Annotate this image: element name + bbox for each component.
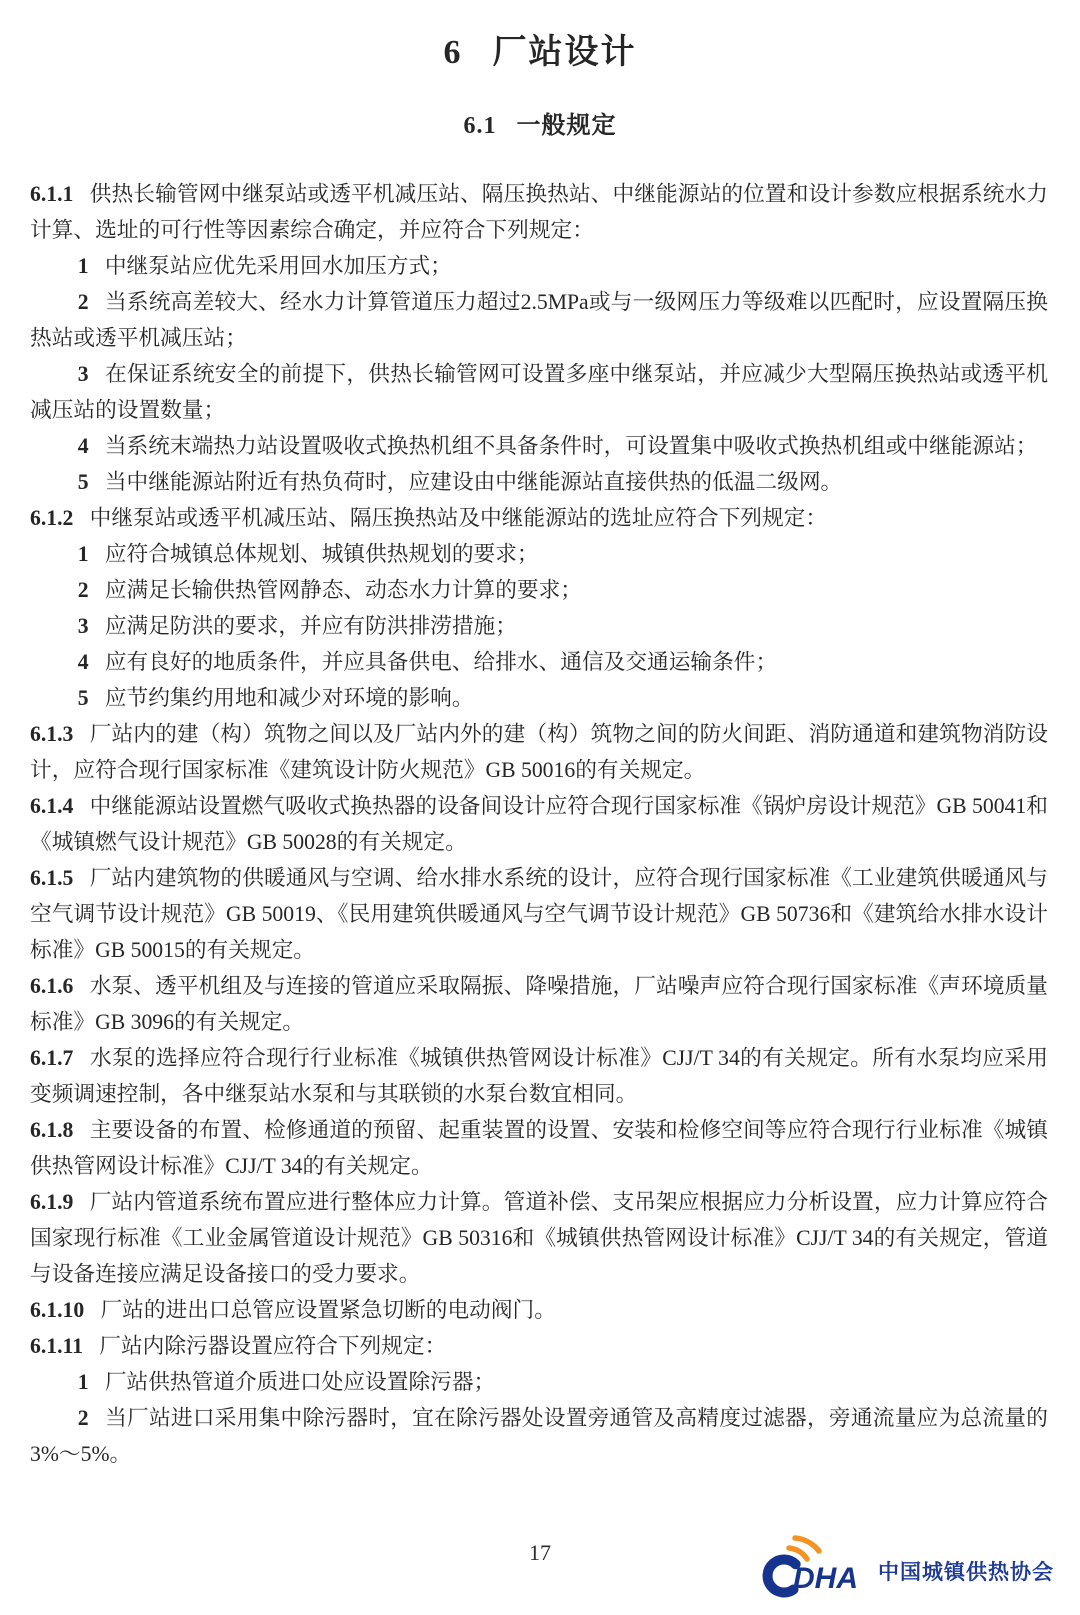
item-text: 当系统高差较大、经水力计算管道压力超过2.5MPa或与一级网压力等级难以匹配时，… [30, 290, 1048, 350]
document-body: 6.1.1供热长输管网中继泵站或透平机减压站、隔压换热站、中继能源站的位置和设计… [30, 176, 1048, 1472]
chapter-name: 厂站设计 [493, 34, 637, 71]
item-number: 5 [78, 470, 89, 494]
item-number: 3 [78, 614, 89, 638]
item-number: 1 [78, 1370, 89, 1394]
item-text: 应有良好的地质条件，并应具备供电、给排水、通信及交通运输条件； [105, 650, 777, 674]
clause-paragraph: 6.1.9厂站内管道系统布置应进行整体应力计算。管道补偿、支吊架应根据应力分析设… [30, 1184, 1048, 1292]
list-item-paragraph: 4应有良好的地质条件，并应具备供电、给排水、通信及交通运输条件； [30, 644, 1048, 680]
clause-text: 主要设备的布置、检修通道的预留、起重装置的设置、安装和检修空间等应符合现行行业标… [30, 1118, 1048, 1178]
clause-number: 6.1.10 [30, 1298, 84, 1322]
item-number: 4 [78, 650, 89, 674]
clause-text: 厂站内的建（构）筑物之间以及厂站内外的建（构）筑物之间的防火间距、消防通道和建筑… [30, 722, 1048, 782]
item-text: 应符合城镇总体规划、城镇供热规划的要求； [105, 542, 539, 566]
list-item-paragraph: 2当系统高差较大、经水力计算管道压力超过2.5MPa或与一级网压力等级难以匹配时… [30, 284, 1048, 356]
clause-paragraph: 6.1.11厂站内除污器设置应符合下列规定： [30, 1328, 1048, 1364]
item-number: 2 [78, 290, 89, 314]
clause-number: 6.1.4 [30, 794, 73, 818]
clause-text: 厂站内除污器设置应符合下列规定： [99, 1334, 446, 1358]
item-text: 当中继能源站附近有热负荷时，应建设由中继能源站直接供热的低温二级网。 [105, 470, 842, 494]
list-item-paragraph: 5当中继能源站附近有热负荷时，应建设由中继能源站直接供热的低温二级网。 [30, 464, 1048, 500]
list-item-paragraph: 1中继泵站应优先采用回水加压方式； [30, 248, 1048, 284]
clause-paragraph: 6.1.6水泵、透平机组及与连接的管道应采取隔振、降噪措施，厂站噪声应符合现行国… [30, 968, 1048, 1040]
clause-number: 6.1.2 [30, 506, 73, 530]
clause-paragraph: 6.1.4中继能源站设置燃气吸收式换热器的设备间设计应符合现行国家标准《锅炉房设… [30, 788, 1048, 860]
item-number: 5 [78, 686, 89, 710]
clause-number: 6.1.5 [30, 866, 73, 890]
logo-c-swoosh [768, 1559, 796, 1592]
item-number: 4 [78, 434, 89, 458]
item-text: 应节约集约用地和减少对环境的影响。 [105, 686, 474, 710]
list-item-paragraph: 3在保证系统安全的前提下，供热长输管网可设置多座中继泵站，并应减少大型隔压换热站… [30, 356, 1048, 428]
clause-number: 6.1.3 [30, 722, 73, 746]
clause-text: 供热长输管网中继泵站或透平机减压站、隔压换热站、中继能源站的位置和设计参数应根据… [30, 182, 1048, 242]
item-number: 3 [78, 362, 89, 386]
clause-number: 6.1.6 [30, 974, 73, 998]
list-item-paragraph: 5应节约集约用地和减少对环境的影响。 [30, 680, 1048, 716]
clause-paragraph: 6.1.2中继泵站或透平机减压站、隔压换热站及中继能源站的选址应符合下列规定： [30, 500, 1048, 536]
clause-text: 厂站内管道系统布置应进行整体应力计算。管道补偿、支吊架应根据应力分析设置，应力计… [30, 1190, 1048, 1286]
item-number: 1 [78, 254, 89, 278]
list-item-paragraph: 2应满足长输供热管网静态、动态水力计算的要求； [30, 572, 1048, 608]
clause-number: 6.1.9 [30, 1190, 73, 1214]
item-text: 厂站供热管道介质进口处应设置除污器； [105, 1370, 495, 1394]
item-text: 当厂站进口采用集中除污器时，宜在除污器处设置旁通管及高精度过滤器，旁通流量应为总… [30, 1406, 1048, 1466]
association-logo: DHA 中国城镇供热协会 [759, 1532, 1054, 1600]
section-name: 一般规定 [517, 113, 617, 139]
list-item-paragraph: 4当系统末端热力站设置吸收式换热机组不具备条件时，可设置集中吸收式换热机组或中继… [30, 428, 1048, 464]
chapter-number: 6 [444, 34, 463, 71]
page-footer: 17 DHA 中国城镇供热协会 [0, 1532, 1080, 1612]
cdha-logo-icon: DHA [759, 1532, 871, 1600]
logo-org-name: 中国城镇供热协会 [878, 1562, 1054, 1583]
item-text: 当系统末端热力站设置吸收式换热机组不具备条件时，可设置集中吸收式换热机组或中继能… [105, 434, 1038, 458]
clause-text: 水泵的选择应符合现行行业标准《城镇供热管网设计标准》CJJ/T 34的有关规定。… [30, 1046, 1048, 1106]
clause-number: 6.1.1 [30, 182, 73, 206]
clause-paragraph: 6.1.5厂站内建筑物的供暖通风与空调、给水排水系统的设计，应符合现行国家标准《… [30, 860, 1048, 968]
clause-paragraph: 6.1.1供热长输管网中继泵站或透平机减压站、隔压换热站、中继能源站的位置和设计… [30, 176, 1048, 248]
clause-number: 6.1.7 [30, 1046, 73, 1070]
document-page: 6厂站设计 6.1一般规定 6.1.1供热长输管网中继泵站或透平机减压站、隔压换… [0, 0, 1080, 1615]
item-text: 应满足防洪的要求，并应有防洪排涝措施； [105, 614, 517, 638]
clause-paragraph: 6.1.3厂站内的建（构）筑物之间以及厂站内外的建（构）筑物之间的防火间距、消防… [30, 716, 1048, 788]
chapter-title: 6厂站设计 [0, 36, 1080, 70]
list-item-paragraph: 1厂站供热管道介质进口处应设置除污器； [30, 1364, 1048, 1400]
list-item-paragraph: 1应符合城镇总体规划、城镇供热规划的要求； [30, 536, 1048, 572]
clause-paragraph: 6.1.8主要设备的布置、检修通道的预留、起重装置的设置、安装和检修空间等应符合… [30, 1112, 1048, 1184]
list-item-paragraph: 3应满足防洪的要求，并应有防洪排涝措施； [30, 608, 1048, 644]
section-title: 6.1一般规定 [0, 114, 1080, 138]
item-number: 2 [78, 578, 89, 602]
clause-paragraph: 6.1.7水泵的选择应符合现行行业标准《城镇供热管网设计标准》CJJ/T 34的… [30, 1040, 1048, 1112]
clause-text: 中继能源站设置燃气吸收式换热器的设备间设计应符合现行国家标准《锅炉房设计规范》G… [30, 794, 1048, 854]
item-text: 应满足长输供热管网静态、动态水力计算的要求； [105, 578, 582, 602]
item-text: 在保证系统安全的前提下，供热长输管网可设置多座中继泵站，并应减少大型隔压换热站或… [30, 362, 1048, 422]
clause-text: 厂站的进出口总管应设置紧急切断的电动阀门。 [100, 1298, 555, 1322]
clause-number: 6.1.11 [30, 1334, 83, 1358]
clause-text: 厂站内建筑物的供暖通风与空调、给水排水系统的设计，应符合现行国家标准《工业建筑供… [30, 866, 1048, 962]
item-text: 中继泵站应优先采用回水加压方式； [105, 254, 452, 278]
item-number: 2 [78, 1406, 89, 1430]
clause-number: 6.1.8 [30, 1118, 73, 1142]
section-number: 6.1 [464, 113, 497, 139]
logo-acronym-letters: DHA [793, 1562, 858, 1595]
clause-text: 中继泵站或透平机减压站、隔压换热站及中继能源站的选址应符合下列规定： [90, 506, 827, 530]
list-item-paragraph: 2当厂站进口采用集中除污器时，宜在除污器处设置旁通管及高精度过滤器，旁通流量应为… [30, 1400, 1048, 1472]
clause-text: 水泵、透平机组及与连接的管道应采取隔振、降噪措施，厂站噪声应符合现行国家标准《声… [30, 974, 1048, 1034]
item-number: 1 [78, 542, 89, 566]
clause-paragraph: 6.1.10厂站的进出口总管应设置紧急切断的电动阀门。 [30, 1292, 1048, 1328]
